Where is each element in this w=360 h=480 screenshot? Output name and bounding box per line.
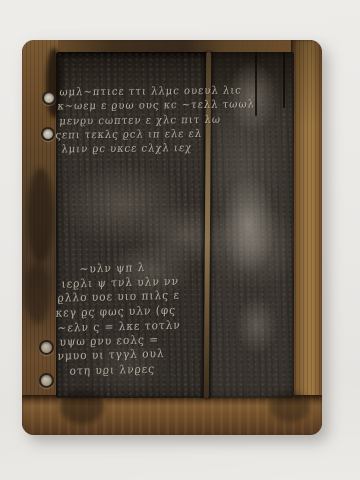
wax-tablet: ωμλ~πτιϲε ττι λλμϲ ουευλ λιϲ κ~ωεμ ε ϱυω… xyxy=(22,40,322,435)
binding-hole-bottom-1 xyxy=(39,340,54,355)
inscription-line: ωμλ~πτιϲε ττι λλμϲ ουευλ λιϲ xyxy=(59,85,292,99)
photo-background: ωμλ~πτιϲε ττι λλμϲ ουευλ λιϲ κ~ωεμ ε ϱυω… xyxy=(0,0,360,480)
inscription-line: ςεπι τεκλς ϱϲλ ιπ ελε ελ xyxy=(55,128,252,142)
wax-stain xyxy=(270,392,310,422)
inscription-line: λμιν ϱϲ υκϲε ϲλχλ ιεχ xyxy=(61,143,198,156)
binding-hole-bottom-2 xyxy=(39,373,54,388)
binding-hole-top-2 xyxy=(41,127,55,141)
wax-stain xyxy=(27,168,54,263)
tablet-frame-right xyxy=(291,40,322,435)
wax-stain xyxy=(25,262,50,324)
inscription-line: ~υλν ψπ λ xyxy=(79,261,176,276)
inscription-line: μενϱυ ϲωπτεν ε χλϲ πιτ λω xyxy=(59,114,262,128)
wax-stain xyxy=(60,390,104,424)
binding-hole-top-1 xyxy=(42,91,56,105)
inscription-line: κ~ωεμ ε ϱυω ους κϲ ~τελλ τωωλ xyxy=(57,99,292,113)
